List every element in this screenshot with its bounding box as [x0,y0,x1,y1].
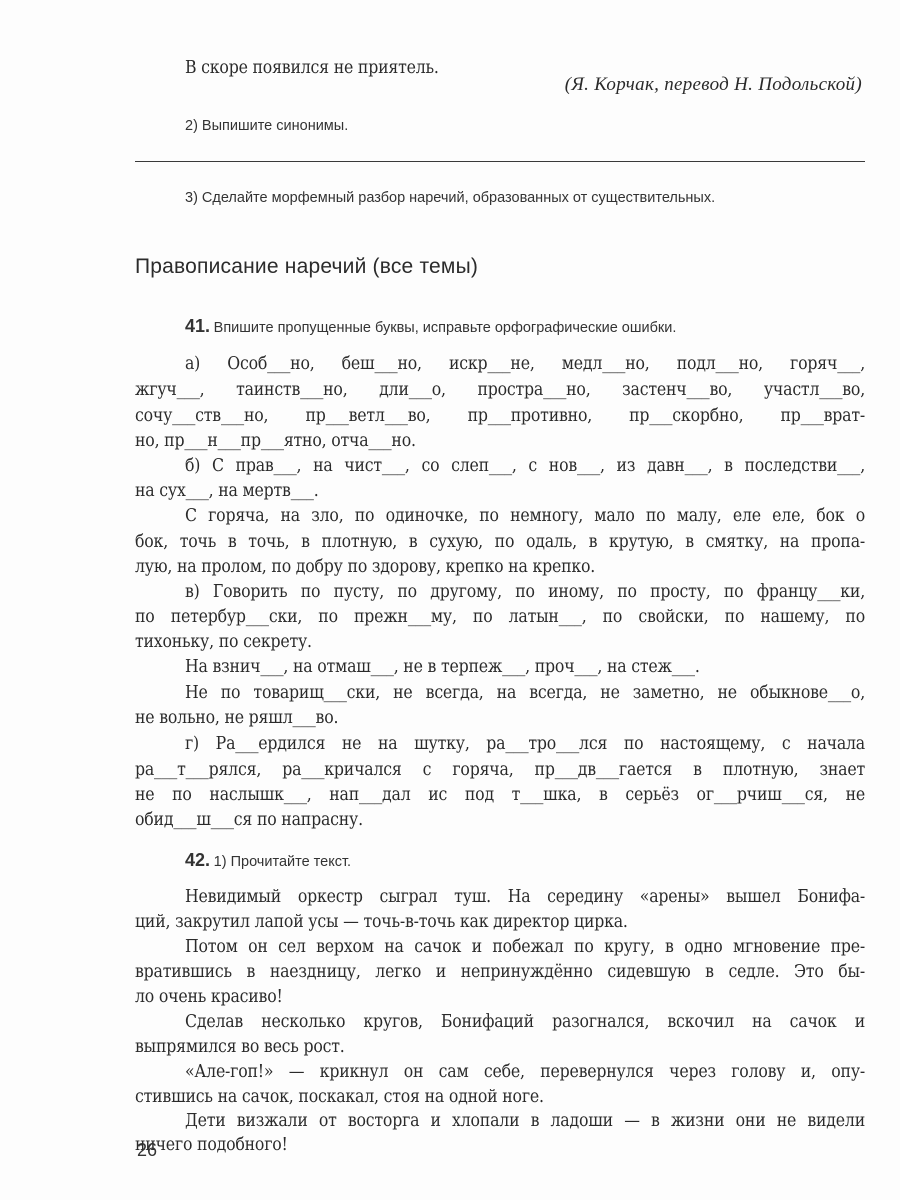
text-line: Не по товарищ___ски, не всегда, на всегд… [135,683,865,703]
text-line: Сделав несколько кругов, Бонифаций разог… [135,1012,865,1032]
text-line: жгуч___, таинств___но, дли___о, простра_… [135,380,865,400]
answer-line[interactable] [135,161,865,162]
task-2-instruction: 2) Выпишите синонимы. [185,118,348,134]
text-line: не по наслышк___, нап___дал ис под т___ш… [135,785,865,805]
exercise-number: 41. [185,316,210,336]
quote-source: (Я. Корчак, перевод Н. Подольской) [565,74,862,96]
section-heading: Правописание наречий (все темы) [135,255,478,279]
text-line: бок, точь в точь, в плотную, в сухую, по… [135,532,865,552]
text-line: Потом он сел верхом на сачок и побежал п… [135,937,865,957]
exercise-instruction: 1) Прочитайте текст. [214,854,351,870]
text-line: г) Ра___ердился не на шутку, ра___тро___… [135,734,865,754]
exercise-number: 42. [185,850,210,870]
text-line: ра___т___рялся, ра___кричался с горяча, … [135,760,865,780]
text-line: обид___ш___ся по напрасну. [135,810,865,830]
task-3-instruction: 3) Сделайте морфемный разбор наречий, об… [185,190,715,206]
text-line: по петербур___ски, по прежн___му, по лат… [135,607,865,627]
text-line: на сух___, на мертв___. [135,481,865,501]
text-line: вратившись в наездницу, легко и непринуж… [135,962,865,982]
text-line: С горяча, на зло, по одиночке, по немног… [135,506,865,526]
text-line: но, пр___н___пр___ятно, отча___но. [135,431,865,451]
exercise-42-header: 42. 1) Прочитайте текст. [185,850,351,871]
text-line: а) Особ___но, беш___но, искр___не, медл_… [135,354,865,374]
text-line: Невидимый оркестр сыграл туш. На середин… [135,887,865,907]
exercise-41-header: 41. Впишите пропущенные буквы, исправьте… [185,316,676,337]
text-line: б) С прав___, на чист___, со слеп___, с … [135,456,865,476]
text-line: не вольно, не ряшл___во. [135,708,865,728]
text-line: в) Говорить по пусту, по другому, по ино… [135,582,865,602]
text-line: сочу___ств___но, пр___ветл___во, пр___пр… [135,406,865,426]
text-line: тихоньку, по секрету. [135,632,865,652]
page-number: 26 [137,1140,157,1161]
text-line: лую, на пролом, по добру по здорову, кре… [135,557,865,577]
text-line: ло очень красиво! [135,987,865,1007]
text-line: ничего подобного! [135,1135,865,1155]
text-line: ций, закрутил лапой усы — точь-в-точь ка… [135,912,865,932]
text-line: Дети визжали от восторга и хлопали в лад… [135,1111,865,1131]
text-line: выпрямился во весь рост. [135,1037,865,1057]
text-line: стившись на сачок, поскакал, стоя на одн… [135,1087,865,1107]
exercise-instruction: Впишите пропущенные буквы, исправьте орф… [214,320,677,336]
text-line: На взнич___, на отмаш___, не в терпеж___… [135,657,865,677]
text-line: «Але-гоп!» — крикнул он сам себе, переве… [135,1062,865,1082]
